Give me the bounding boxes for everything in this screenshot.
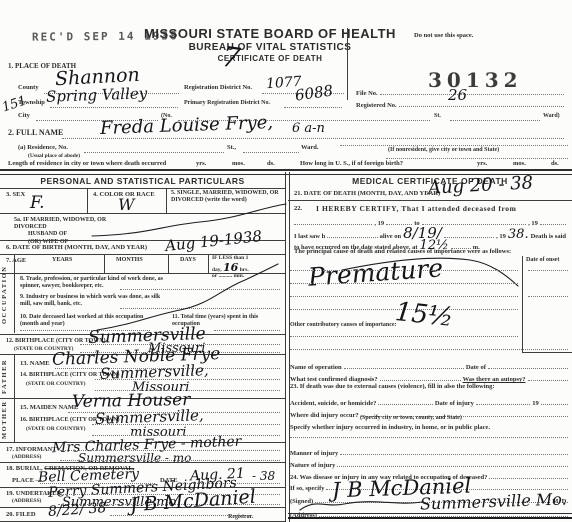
residence-st-line <box>243 152 299 153</box>
filed-label: 20. FILED <box>6 511 36 519</box>
full-name-label: 2. FULL NAME <box>8 128 63 138</box>
dotted-leader <box>380 370 461 381</box>
bureau-subtitle: BUREAU OF VITAL STATISTICS <box>140 42 400 54</box>
pen-stroke-flourish <box>296 492 426 514</box>
dotted-leader <box>290 270 518 271</box>
mos2-label: mos. <box>513 160 526 168</box>
dotted-leader <box>380 84 564 95</box>
registered-no-value: 26 <box>448 88 467 103</box>
foreign-birth-label: How long in U. S., if of foreign birth? <box>300 160 403 168</box>
dotted-leader <box>340 444 568 455</box>
dotted-leader <box>60 460 280 461</box>
dotted-leader <box>399 96 564 107</box>
dotted-leader <box>290 349 568 350</box>
father-bp-state-label: (STATE OR COUNTRY) <box>26 381 86 388</box>
cell-border <box>0 188 285 189</box>
dotted-leader <box>541 394 568 405</box>
contributory-note-value: 15½ <box>394 299 455 331</box>
dotted-leader <box>528 370 569 381</box>
doc-type-title: CERTIFICATE OF DEATH <box>140 54 400 64</box>
father-name-label: 13. NAME <box>20 360 50 368</box>
dob-label: 6. DATE OF BIRTH (MONTH, DAY, AND YEAR) <box>6 244 147 252</box>
age-years-label: YEARS <box>52 257 72 264</box>
filed-date-value: 8/22/ 38 <box>48 501 107 519</box>
residence-line <box>84 152 224 153</box>
usual-abode-label: (Usual place of abode) <box>28 153 80 160</box>
county-label: County <box>18 84 39 92</box>
city-st-line <box>450 120 540 121</box>
idbox-divider <box>347 28 348 100</box>
full-name-line <box>62 138 564 139</box>
dotted-leader <box>290 283 518 284</box>
dotted-leader <box>528 270 568 271</box>
pen-mark-7: 7 <box>220 43 242 73</box>
full-name-value: Freda Louise Frye, <box>100 114 274 138</box>
dotted-leader <box>92 424 280 425</box>
informant-label: 17. INFORMANT <box>6 446 57 454</box>
do-not-use-note: Do not use this space. <box>414 32 473 40</box>
dotted-leader <box>337 456 568 467</box>
primary-district-value: 6088 <box>294 83 334 103</box>
pen-stroke-flourish <box>340 252 520 292</box>
dotted-leader <box>488 358 568 369</box>
undertaker-address-label: (ADDRESS) <box>12 498 41 505</box>
age-label: 7. AGE <box>6 257 26 265</box>
nonresident-line-bottom <box>386 158 568 159</box>
length-residence-label: Length of residence in city or town wher… <box>8 160 166 168</box>
dotted-leader <box>60 450 280 451</box>
dotted-leader <box>290 437 568 438</box>
dod-value: Aug 20 - 38 <box>428 174 534 197</box>
primary-district-label: Primary Registration District No. <box>184 100 270 107</box>
yrs-label: yrs. <box>196 160 206 168</box>
burial-year-value: - 38 <box>252 470 275 482</box>
item23-label: 23. If death was due to external causes … <box>290 383 495 391</box>
township-label: Township <box>18 99 45 107</box>
dotted-leader <box>290 336 518 337</box>
sex-label: 3. SEX <box>6 191 25 199</box>
city-st-label: St. <box>434 113 441 120</box>
dotted-leader <box>489 468 568 479</box>
cell-border <box>14 354 15 398</box>
residence-label: (a) Residence, No. <box>18 144 68 152</box>
residence-ward-label: Ward. <box>301 144 319 152</box>
registered-no-label: Registered No. <box>356 102 397 110</box>
mother-side-label: MOTHER <box>1 400 8 440</box>
nonresident-line-top <box>340 145 568 146</box>
township-line <box>50 107 178 108</box>
mos-label: mos. <box>232 160 245 168</box>
city-ward-label: Ward) <box>543 113 560 120</box>
ds-label: ds. <box>267 160 275 168</box>
certify-text: I HEREBY CERTIFY, That I attended deceas… <box>316 204 516 213</box>
reg-district-label: Registration District No. <box>184 84 252 92</box>
married-label-line2: HUSBAND OF <box>14 231 67 237</box>
dotted-leader <box>444 227 494 238</box>
yrs2-label: yrs. <box>477 160 487 168</box>
dotted-leader <box>95 379 280 380</box>
mother-name-label: 15. MAIDEN NAME <box>20 404 78 412</box>
page-title: MISSOURI STATE BOARD OF HEALTH <box>140 26 400 42</box>
occupation-side-label: OCCUPATION <box>1 258 8 332</box>
dotted-leader <box>294 214 372 225</box>
primary-district-line <box>284 107 342 108</box>
dotted-leader <box>540 214 566 225</box>
item22-label: 22. <box>294 205 302 213</box>
father-side-label: FATHER <box>1 356 8 396</box>
cell-border <box>14 398 15 442</box>
specify-city-label: (Specify city or town, county, and State… <box>360 415 462 422</box>
sex-value: F. <box>30 195 45 212</box>
full-name-annotation: 6 a-n <box>292 122 325 135</box>
cell-border <box>0 462 285 463</box>
dotted-leader <box>476 394 530 405</box>
cell-border <box>87 188 88 213</box>
residence-st-label: St., <box>227 144 236 152</box>
dotted-leader <box>327 227 377 238</box>
cell-border <box>14 254 15 333</box>
death-certificate-document: REC'D SEP 14 1938 MISSOURI STATE BOARD O… <box>0 0 572 522</box>
cell-border <box>288 200 572 201</box>
dotted-leader <box>344 358 464 369</box>
nonresident-label: (If nonresident, give city or town and S… <box>388 147 499 154</box>
form-header: MISSOURI STATE BOARD OF HEALTH BUREAU OF… <box>140 26 400 63</box>
contributory-label: Other contributory causes of importance: <box>290 322 397 329</box>
pen-stroke-blank <box>95 262 280 332</box>
township-value: Spring Valley <box>46 86 148 105</box>
onset-column-bottom <box>522 352 572 353</box>
date-of-onset-label: Date of onset <box>526 257 568 264</box>
dod-label: 21. DATE OF DEATH (MONTH, DAY, AND YEAR) <box>294 190 440 198</box>
specify-place-label: Specify whether injury occurred in indus… <box>290 424 490 432</box>
informant-address-label: (ADDRESS) <box>12 454 41 461</box>
city-label: City <box>18 112 30 120</box>
onset-column-border <box>522 256 523 352</box>
where-injury-label: Where did injury occur? <box>290 412 359 420</box>
personal-particulars-header: PERSONAL AND STATISTICAL PARTICULARS <box>0 176 285 186</box>
dotted-leader <box>528 296 568 297</box>
ds2-label: ds. <box>551 160 559 168</box>
mother-bp-state-label: (STATE OR COUNTRY) <box>26 426 86 433</box>
bottom-rule <box>288 513 572 519</box>
dotted-leader <box>378 394 432 405</box>
